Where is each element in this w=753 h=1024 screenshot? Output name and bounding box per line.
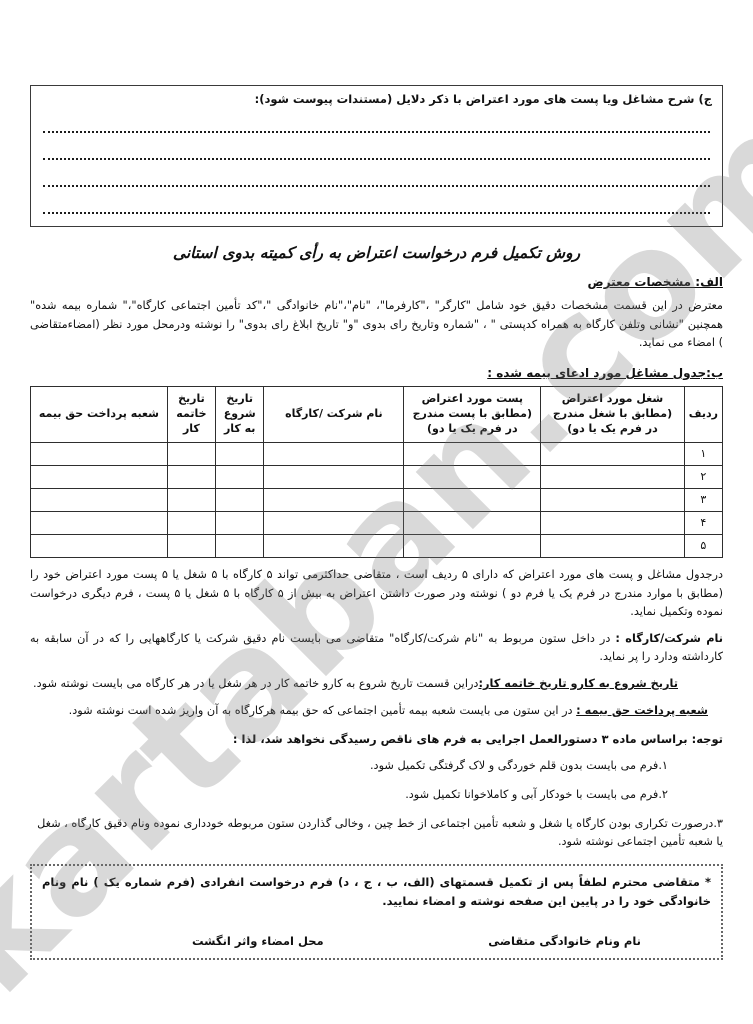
header-company: نام شرکت /کارگاه bbox=[264, 386, 404, 442]
section-b-heading: ب:جدول مشاغل مورد ادعای بیمه شده : bbox=[30, 366, 723, 380]
header-row-number: ردیف bbox=[684, 386, 722, 442]
post-cell bbox=[404, 488, 541, 511]
claims-table-body: ۱ ۲ ۳ bbox=[31, 442, 723, 557]
rows-note-paragraph: درجدول مشاغل و پست های مورد اعتراض که دا… bbox=[30, 566, 723, 622]
document-content: ج) شرح مشاغل ویا پست های مورد اعتراض با … bbox=[0, 0, 753, 960]
section-j-box: ج) شرح مشاغل ویا پست های مورد اعتراض با … bbox=[30, 85, 723, 227]
dates-paragraph: تاریخ شروع به کارو تاریخ خاتمه کار:دراین… bbox=[30, 675, 723, 694]
start-date-cell bbox=[216, 442, 264, 465]
company-cell bbox=[264, 511, 404, 534]
branch-cell bbox=[31, 534, 168, 557]
post-cell bbox=[404, 465, 541, 488]
start-date-cell bbox=[216, 534, 264, 557]
branch-paragraph-text: در این ستون می بایست شعبه بیمه تأمین اجت… bbox=[69, 704, 576, 717]
footer-signature-box: * متقاضی محترم لطفاً پس از تکمیل قسمتهای… bbox=[30, 864, 723, 960]
section-a-heading: الف: مشخصات معترض bbox=[30, 275, 723, 289]
header-start-date: تاریخ شروع به کار bbox=[216, 386, 264, 442]
signature-place-label: محل امضاء واثر انگشت bbox=[192, 934, 324, 948]
notice-item-3: ۳.درصورت تکراری بودن کارگاه یا شغل و شعب… bbox=[30, 815, 723, 851]
start-date-cell bbox=[216, 465, 264, 488]
claims-table-header: ردیف شغل مورد اعتراض (مطابق با شغل مندرج… bbox=[31, 386, 723, 442]
job-cell bbox=[541, 442, 685, 465]
table-header-row: ردیف شغل مورد اعتراض (مطابق با شغل مندرج… bbox=[31, 386, 723, 442]
company-paragraph: نام شرکت/کارگاه : در داخل ستون مربوط به … bbox=[30, 630, 723, 667]
dates-paragraph-text: دراین قسمت تاریخ شروع به کارو خاتمه کار … bbox=[33, 677, 478, 690]
section-j-label: ج) شرح مشاغل ویا پست های مورد اعتراض با … bbox=[41, 92, 712, 106]
post-cell bbox=[404, 534, 541, 557]
company-cell bbox=[264, 465, 404, 488]
post-cell bbox=[404, 442, 541, 465]
header-end-date: تاریخ خاتمه کار bbox=[167, 386, 215, 442]
footer-instruction: * متقاضی محترم لطفاً پس از تکمیل قسمتهای… bbox=[42, 873, 711, 912]
end-date-cell bbox=[167, 534, 215, 557]
branch-cell bbox=[31, 488, 168, 511]
notice-heading: توجه: براساس ماده ۳ دستورالعمل اجرایی به… bbox=[30, 732, 723, 746]
company-paragraph-label: نام شرکت/کارگاه : bbox=[615, 632, 723, 645]
table-row: ۵ bbox=[31, 534, 723, 557]
header-post: پست مورد اعتراض (مطابق با پست مندرج در ف… bbox=[404, 386, 541, 442]
branch-cell bbox=[31, 465, 168, 488]
branch-cell bbox=[31, 511, 168, 534]
company-cell bbox=[264, 442, 404, 465]
table-row: ۳ bbox=[31, 488, 723, 511]
job-cell bbox=[541, 465, 685, 488]
start-date-cell bbox=[216, 488, 264, 511]
branch-cell bbox=[31, 442, 168, 465]
fill-in-line bbox=[43, 212, 710, 214]
end-date-cell bbox=[167, 465, 215, 488]
row-number-cell: ۱ bbox=[684, 442, 722, 465]
branch-paragraph-label: شعبه پرداخت حق بیمه : bbox=[576, 704, 708, 717]
job-cell bbox=[541, 511, 685, 534]
table-row: ۱ bbox=[31, 442, 723, 465]
row-number-cell: ۲ bbox=[684, 465, 722, 488]
row-number-cell: ۵ bbox=[684, 534, 722, 557]
notice-item-2: ۲.فرم می بایست با خودکار آبی و کاملاخوان… bbox=[30, 786, 723, 804]
branch-paragraph: شعبه پرداخت حق بیمه : در این ستون می بای… bbox=[30, 702, 723, 721]
page-title: روش تکمیل فرم درخواست اعتراض به رأی کمیت… bbox=[30, 244, 723, 262]
section-a-body: معترض در این قسمت مشخصات دقیق خود شامل "… bbox=[30, 297, 723, 353]
claims-table: ردیف شغل مورد اعتراض (مطابق با شغل مندرج… bbox=[30, 386, 723, 558]
row-number-cell: ۴ bbox=[684, 511, 722, 534]
applicant-name-label: نام ونام خانوادگی متقاضی bbox=[488, 934, 641, 948]
notice-item-1: ۱.فرم می بایست بدون قلم خوردگی و لاک گرف… bbox=[30, 757, 723, 775]
end-date-cell bbox=[167, 442, 215, 465]
start-date-cell bbox=[216, 511, 264, 534]
end-date-cell bbox=[167, 511, 215, 534]
row-number-cell: ۳ bbox=[684, 488, 722, 511]
table-row: ۲ bbox=[31, 465, 723, 488]
dates-paragraph-label: تاریخ شروع به کارو تاریخ خاتمه کار: bbox=[478, 677, 678, 690]
fill-in-line bbox=[43, 185, 710, 187]
job-cell bbox=[541, 488, 685, 511]
header-job: شغل مورد اعتراض (مطابق با شغل مندرج در ف… bbox=[541, 386, 685, 442]
company-cell bbox=[264, 534, 404, 557]
fill-in-line bbox=[43, 158, 710, 160]
job-cell bbox=[541, 534, 685, 557]
company-cell bbox=[264, 488, 404, 511]
document-page: kartaban.com ج) شرح مشاغل ویا پست های مو… bbox=[0, 0, 753, 1024]
signature-row: نام ونام خانوادگی متقاضی محل امضاء واثر … bbox=[42, 934, 711, 948]
table-row: ۴ bbox=[31, 511, 723, 534]
end-date-cell bbox=[167, 488, 215, 511]
post-cell bbox=[404, 511, 541, 534]
header-branch: شعبه پرداخت حق بیمه bbox=[31, 386, 168, 442]
fill-in-line bbox=[43, 131, 710, 133]
